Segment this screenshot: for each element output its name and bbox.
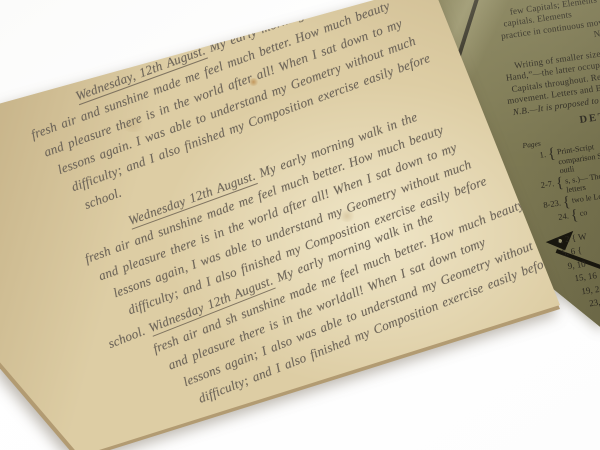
handwritten-diary-page: Extract from Diary Wednesday, 12th Augus… xyxy=(0,0,600,450)
notebook-page-wrapper: Extract from Diary Wednesday, 12th Augus… xyxy=(0,0,600,450)
extract-from-diary-label: Extract from Diary xyxy=(205,0,279,34)
photo-of-open-copybook: One- few Capitals; Elements capitals. El… xyxy=(0,0,600,450)
handwriting-block: Extract from Diary Wednesday, 12th Augus… xyxy=(0,0,600,450)
